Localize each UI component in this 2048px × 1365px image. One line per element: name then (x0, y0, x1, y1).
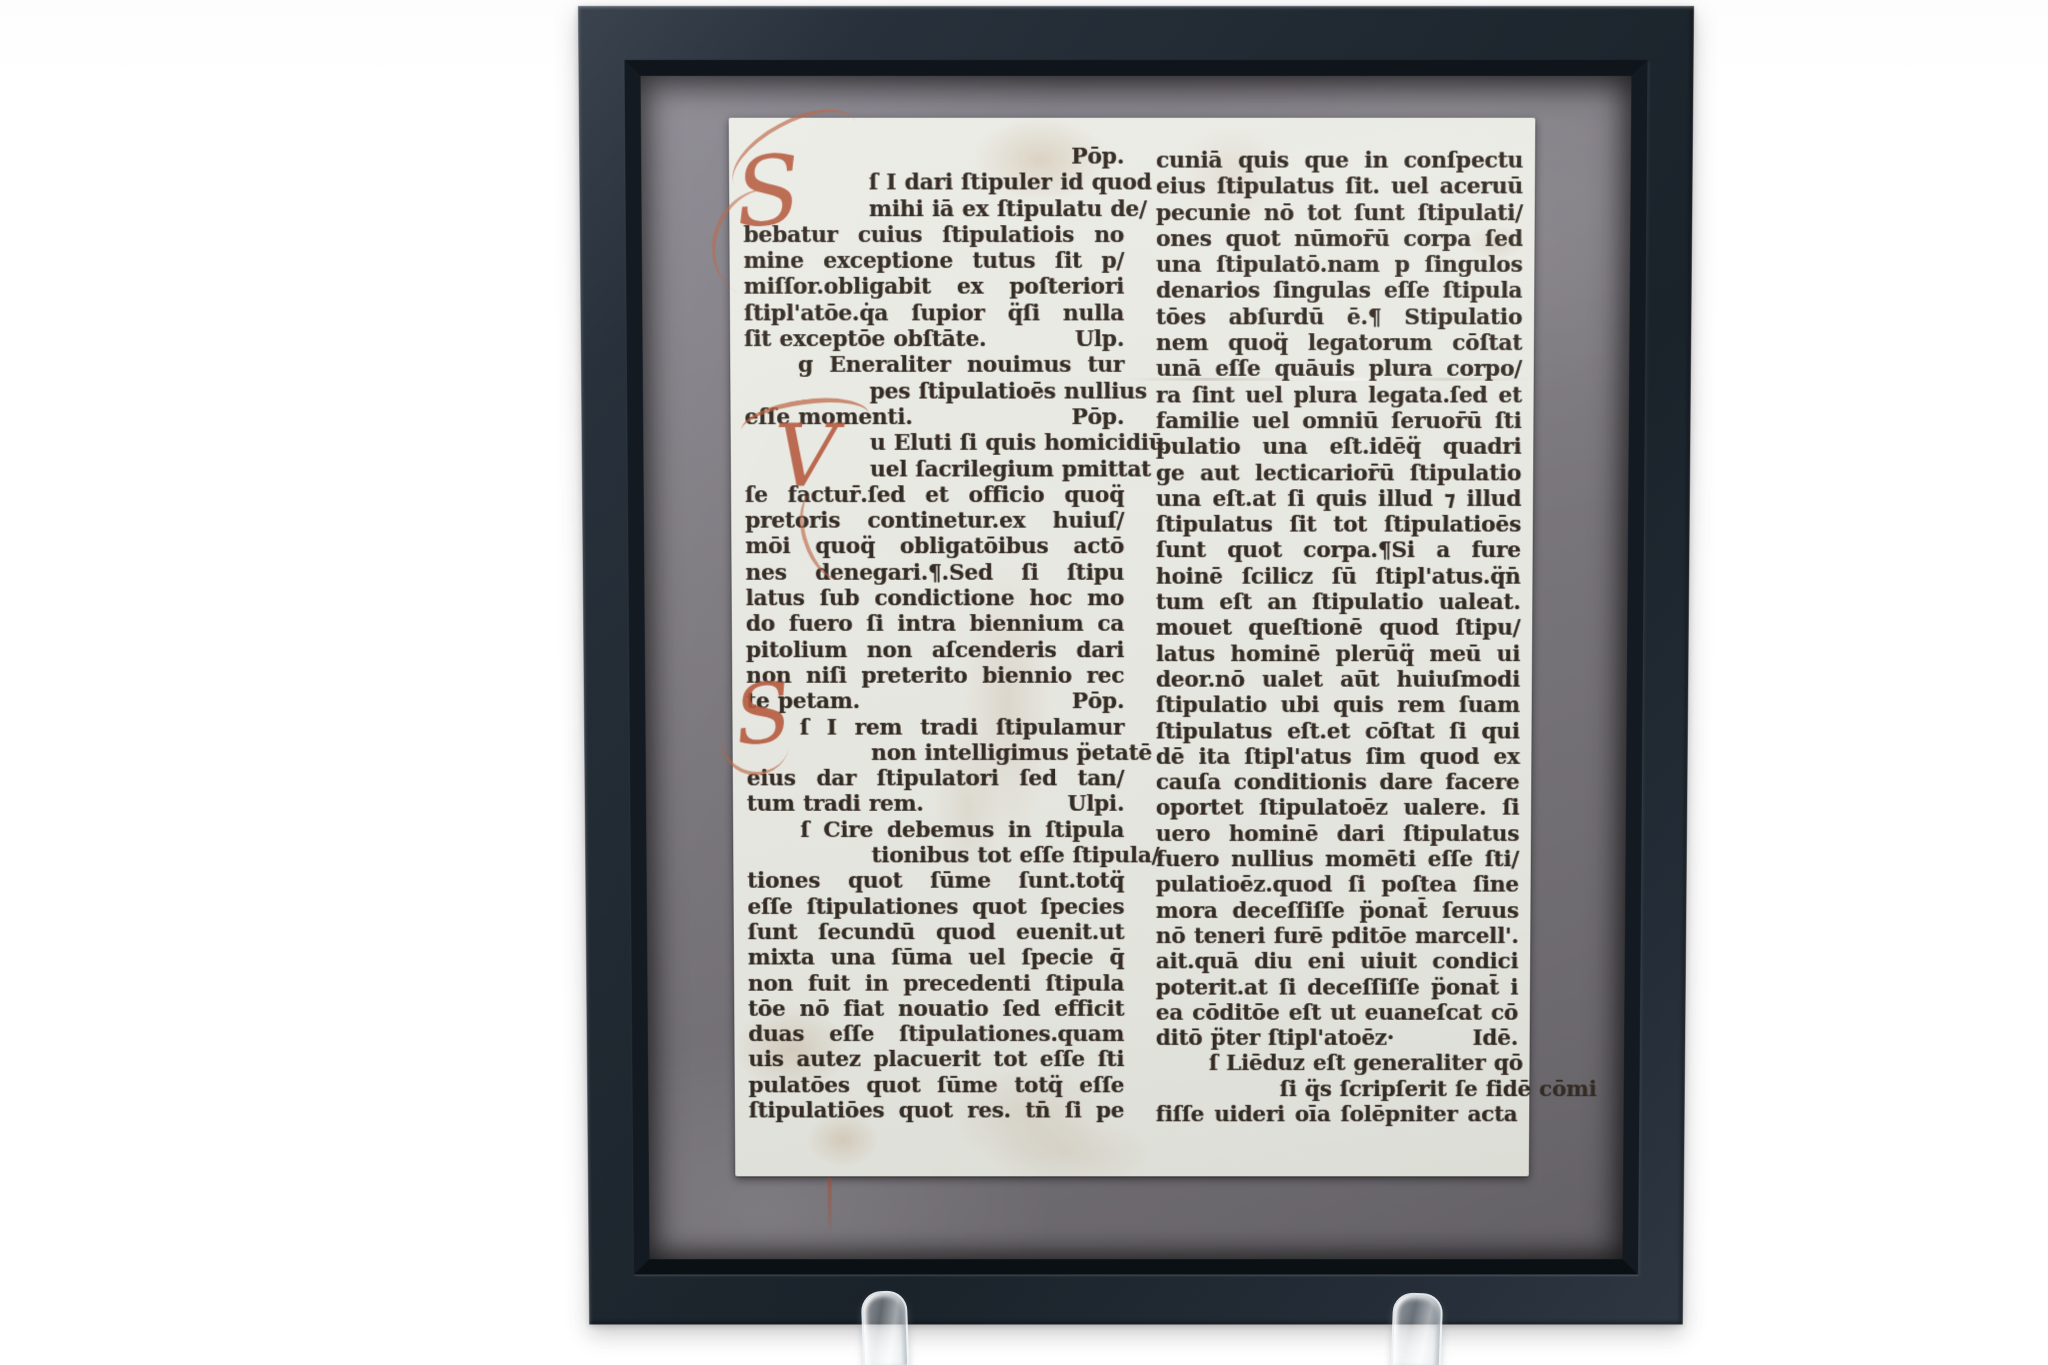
text-line: pitolium non aſcenderis dari (746, 637, 1124, 663)
right-text-column: cuniā quis que in conſpectueius ſtipulat… (1156, 118, 1524, 1177)
text-line: cauſa conditionis dare facere (1156, 770, 1520, 796)
text-line: ſunt ſecundū quod euenit.ut (747, 920, 1124, 946)
text-line: u Eluti ſi quis homicidiū (745, 430, 1125, 456)
text-line: ait.quā diu eni uiuit condici (1156, 949, 1519, 975)
text-line: oportet ſtipulatoēz ualere. ſi (1156, 796, 1520, 822)
framed-artwork: Pōp.ſ I dari ſtipuler id quodmihi iā ex … (578, 6, 1694, 1324)
text-line: ea cōditōe eſt ut euaneſcat cō (1156, 1000, 1518, 1025)
text-line-left: te petam. (746, 689, 860, 715)
text-line: pes ſtipulatioēs nullius (744, 378, 1124, 404)
text-line: ſtipulatiōes quot res. tn̄ ſi pe (749, 1098, 1125, 1123)
text-line: uel ſacrilegium pmittat (745, 456, 1124, 482)
text-line: ſtipl'atōe.q̇a ſupior q̈ſi nulla (744, 300, 1124, 326)
text-line: tōes abſurdū ē.¶ Stipulatio (1156, 304, 1522, 330)
text-line: latus ſub condictione hoc mo (745, 586, 1124, 612)
text-line: bebatur cuius ſtipulatiois no (743, 222, 1124, 248)
text-line: ones quot nūmor̄ū corpa ſed (1156, 226, 1523, 252)
text-line: mora deceſſiſſe p̈onat̄ ſeruus (1156, 898, 1519, 924)
text-line: ſtipulatus eſt.et cōſtat ſi qui (1156, 718, 1520, 744)
text-columns: Pōp.ſ I dari ſtipuler id quodmihi iā ex … (729, 118, 1536, 1177)
text-line: ſi q̈s ſcripſerit ſe fidē cōmi (1156, 1077, 1518, 1102)
text-line: pecunie nō tot ſunt ſtipulati/ (1156, 200, 1523, 226)
text-line: uero hominē dari ſtipulatus (1156, 821, 1519, 847)
text-line: eius dar ſtipulatori ſed tan/ (747, 766, 1125, 792)
text-line: pulatōes quot ſūme totq̈ eſſe (748, 1073, 1124, 1098)
text-line: ſe factur̄.ſed et officio quoq̈ (745, 482, 1124, 508)
text-line: mixta una ſūma uel ſpecie q̄ (748, 945, 1125, 971)
text-line: una ſtipulatō.nam p ſingulos (1156, 252, 1523, 278)
text-line: non fuit in precedenti ſtipula (748, 971, 1124, 997)
text-line: tōe nō fiat nouatio ſed efficit (748, 996, 1124, 1021)
text-line-left: ſit exceptōe obſtāte. (744, 326, 986, 352)
text-line: dē ita ſtipl'atus ſim quod ex (1156, 744, 1520, 770)
text-line: ſtipulatus ſit tot ſtipulatioēs (1156, 512, 1521, 538)
text-line: nem quoq̈ legatorum cōſtat (1156, 330, 1522, 356)
text-line-left: eſſe momenti. (744, 404, 912, 430)
text-line: ſ I rem tradi ſtipulamur (746, 715, 1124, 741)
text-line: ſ I dari ſtipuler id quod (743, 170, 1124, 196)
text-line: non niſi preterito biennio rec (746, 663, 1124, 689)
text-line: pulatioēz.quod ſi poſtea ſine (1156, 872, 1519, 898)
text-line: hoinē ſcilicz ſū ſtipl'atus.q̈n̄ (1156, 564, 1521, 590)
text-line: pretoris continetur.ex huiuſ/ (745, 508, 1124, 534)
text-line: ra ſint uel plura legata.ſed et (1156, 382, 1522, 408)
text-line-right: Pōp. (1072, 689, 1125, 715)
text-line: ge aut lecticarior̄ū ſtipulatio (1156, 460, 1521, 486)
text-line-left: tum tradi rem. (747, 792, 924, 818)
text-line: eius ſtipulatus ſit. uel aceruū (1156, 174, 1523, 200)
text-line: ſ Cire debemus in ſtipula (747, 817, 1124, 843)
incunable-leaf-page: Pōp.ſ I dari ſtipuler id quodmihi iā ex … (729, 118, 1536, 1177)
red-pigment-mark (828, 1178, 832, 1234)
text-line: duas eſſe ſtipulationes.quam (748, 1022, 1124, 1047)
text-line: familie uel omniū ſeruor̄ū ſti (1156, 408, 1522, 434)
text-line: fuero nullius momēti eſſe ſti/ (1156, 847, 1519, 873)
text-line: eſſe ſtipulationes quot ſpecies (747, 894, 1124, 920)
text-line: una eſt.at ſi quis illud ⁊ illud (1156, 486, 1521, 512)
text-line: Pōp. (743, 144, 1124, 170)
text-line: mōi quoq̈ obligatōibus actō (745, 534, 1124, 560)
text-line: ſtipulatio ubi quis rem ſuam (1156, 693, 1520, 719)
text-line: mouet queſtionē quod ſtipu/ (1156, 615, 1521, 641)
text-line-right: Pōp. (1071, 404, 1124, 430)
gray-mat: Pōp.ſ I dari ſtipuler id quodmihi iā ex … (641, 76, 1632, 1259)
text-line: do fuero ſi intra biennium ca (746, 612, 1124, 638)
text-line-right: Ulpi. (1067, 792, 1124, 818)
text-line: ſ Liēduz eſt generaliter qō (1156, 1051, 1518, 1076)
text-line: denarios ſingulas eſſe ſtipula (1156, 278, 1522, 304)
text-line: latus hominē plerūq̈ meū ui (1156, 641, 1520, 667)
text-line: deor.nō ualet aūt huiuſmodi (1156, 667, 1520, 693)
text-line: poterit.at ſi deceſſiſſe p̈onat̄ i (1156, 975, 1519, 1001)
text-line: cuniā quis que in conſpectu (1156, 148, 1523, 174)
acrylic-easel-stand-right (1391, 1292, 1444, 1365)
text-line: uis autez placuerit tot eſſe ſti (748, 1047, 1124, 1072)
text-line: tionibus tot eſſe ſtipula/ (747, 843, 1124, 869)
text-line: ſit exceptōe obſtāte.Ulp. (744, 326, 1124, 352)
text-line: nō teneri furē pditōe marcell'. (1156, 924, 1519, 950)
text-line: eſſe momenti.Pōp. (744, 404, 1124, 430)
photo-of-framed-leaf: Pōp.ſ I dari ſtipuler id quodmihi iā ex … (0, 0, 2048, 1365)
text-line: te petam.Pōp. (746, 689, 1124, 715)
frame-bevel-lip: Pōp.ſ I dari ſtipuler id quodmihi iā ex … (624, 60, 1647, 1275)
text-line: ditō p̈ter ſtipl'atoēz·Idē. (1156, 1026, 1518, 1051)
text-line: non intelligimus p̈etatē (746, 740, 1124, 766)
text-line: g Eneraliter nouimus tur (744, 352, 1124, 378)
text-line: unā eſſe quāuis plura corpo/ (1156, 356, 1522, 382)
left-text-column: Pōp.ſ I dari ſtipuler id quodmihi iā ex … (743, 118, 1125, 1177)
text-line-left: ditō p̈ter ſtipl'atoēz· (1156, 1026, 1394, 1051)
text-line: mine exceptione tutus ſit p/ (743, 248, 1124, 274)
text-line: mihi iā ex ſtipulatu de/ (743, 196, 1124, 222)
text-line: nes denegari.¶.Sed ſi ſtipu (745, 560, 1124, 586)
text-line: tum tradi rem.Ulpi. (747, 792, 1124, 818)
text-line: tum eſt an ſtipulatio ualeat. (1156, 590, 1521, 616)
acrylic-easel-stand-left (861, 1290, 910, 1365)
text-line-right: Ulp. (1075, 326, 1124, 352)
text-line: tiones quot ſūme ſunt.totq̈ (747, 869, 1124, 895)
text-line: ſunt quot corpa.¶Si a fure (1156, 538, 1521, 564)
text-line-right: Idē. (1472, 1026, 1518, 1051)
text-line: pulatio una eſt.idēq̈ quadri (1156, 434, 1522, 460)
text-line: miſſor.obligabit ex poſteriori (744, 274, 1124, 300)
text-line: fiſſe uideri oīa ſolēpniter acta (1156, 1102, 1518, 1127)
